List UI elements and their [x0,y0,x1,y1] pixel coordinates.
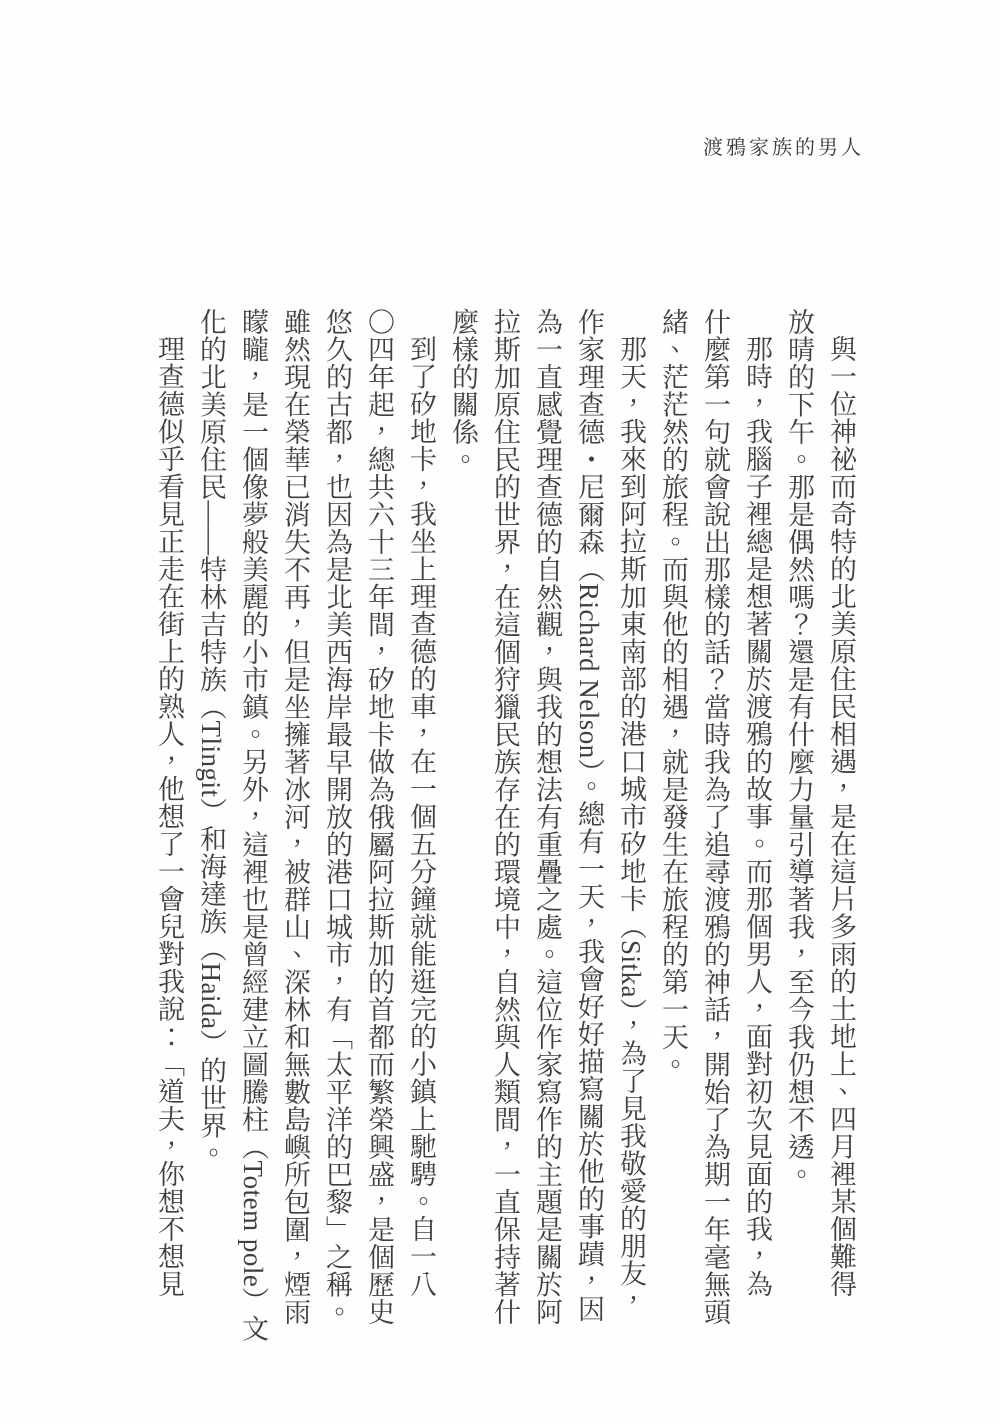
text-column: 那時，我腦子裡總是想著關於渡鴉的故事。而那個男人，面對初次見面的我，為 [736,308,778,1320]
body-text-block: 與一位神祕而奇特的北美原住民相遇，是在這片多雨的土地上、四月裡某個難得放晴的下午… [148,308,862,1320]
text-column: 雖然現在榮華已消失不再，但是坐擁著冰河，被群山、深林和無數島嶼所包圍，煙雨 [274,308,316,1320]
text-column: 矇矓，是一個像夢般美麗的小市鎮。另外，這裡也是曾經建立圖騰柱（Totem pol… [232,308,274,1320]
text-column: 拉斯加原住民的世界，在這個狩獵民族存在的環境中，自然與人類間，一直保持著什 [484,308,526,1320]
paragraph: 到了矽地卡，我坐上理查德的車，在一個五分鐘就能逛完的小鎮上馳騁。自一八〇四年起，… [190,308,442,1320]
text-column: 〇四年起，總共六十三年間，矽地卡做為俄屬阿拉斯加的首都而繁榮興盛，是個歷史 [358,308,400,1320]
paragraph: 與一位神祕而奇特的北美原住民相遇，是在這片多雨的土地上、四月裡某個難得放晴的下午… [778,308,862,1320]
text-column: 麼樣的關係。 [442,308,484,1320]
text-column: 作家理查德・尼爾森（Richard Nelson）。總有一天，我會好好描寫關於他… [568,308,610,1320]
book-page: 渡鴉家族的男人 與一位神祕而奇特的北美原住民相遇，是在這片多雨的土地上、四月裡某… [0,0,1000,1424]
text-column: 化的北美原住民——特林吉特族（Tlingit）和海達族（Haida）的世界。 [190,308,232,1320]
text-column: 與一位神祕而奇特的北美原住民相遇，是在這片多雨的土地上、四月裡某個難得 [820,308,862,1320]
paragraph: 那天，我來到阿拉斯加東南部的港口城市矽地卡（Sitka），為了見我敬愛的朋友，作… [442,308,652,1320]
text-column: 為一直感覺理查德的自然觀，與我的想法有重疊之處。這位作家寫作的主題是關於阿 [526,308,568,1320]
text-column: 什麼第一句就會說出那樣的話？當時我為了追尋渡鴉的神話，開始了為期一年毫無頭 [694,308,736,1320]
text-column: 那天，我來到阿拉斯加東南部的港口城市矽地卡（Sitka），為了見我敬愛的朋友， [610,308,652,1320]
text-column: 理查德似乎看見正走在街上的熟人，他想了一會兒對我說：「道夫，你想不想見 [148,308,190,1320]
text-column: 悠久的古都，也因為是北美西海岸最早開放的港口城市，有「太平洋的巴黎」之稱。 [316,308,358,1320]
text-column: 放晴的下午。那是偶然嗎？還是有什麼力量引導著我，至今我仍想不透。 [778,308,820,1320]
running-header: 渡鴉家族的男人 [703,131,864,160]
paragraph: 理查德似乎看見正走在街上的熟人，他想了一會兒對我說：「道夫，你想不想見 [148,308,190,1320]
chapter-title: 渡鴉家族的男人 [703,137,864,159]
paragraph: 那時，我腦子裡總是想著關於渡鴉的故事。而那個男人，面對初次見面的我，為什麼第一句… [652,308,778,1320]
text-column: 緒、茫茫然的旅程。而與他的相遇，就是發生在旅程的第一天。 [652,308,694,1320]
text-column: 到了矽地卡，我坐上理查德的車，在一個五分鐘就能逛完的小鎮上馳騁。自一八 [400,308,442,1320]
